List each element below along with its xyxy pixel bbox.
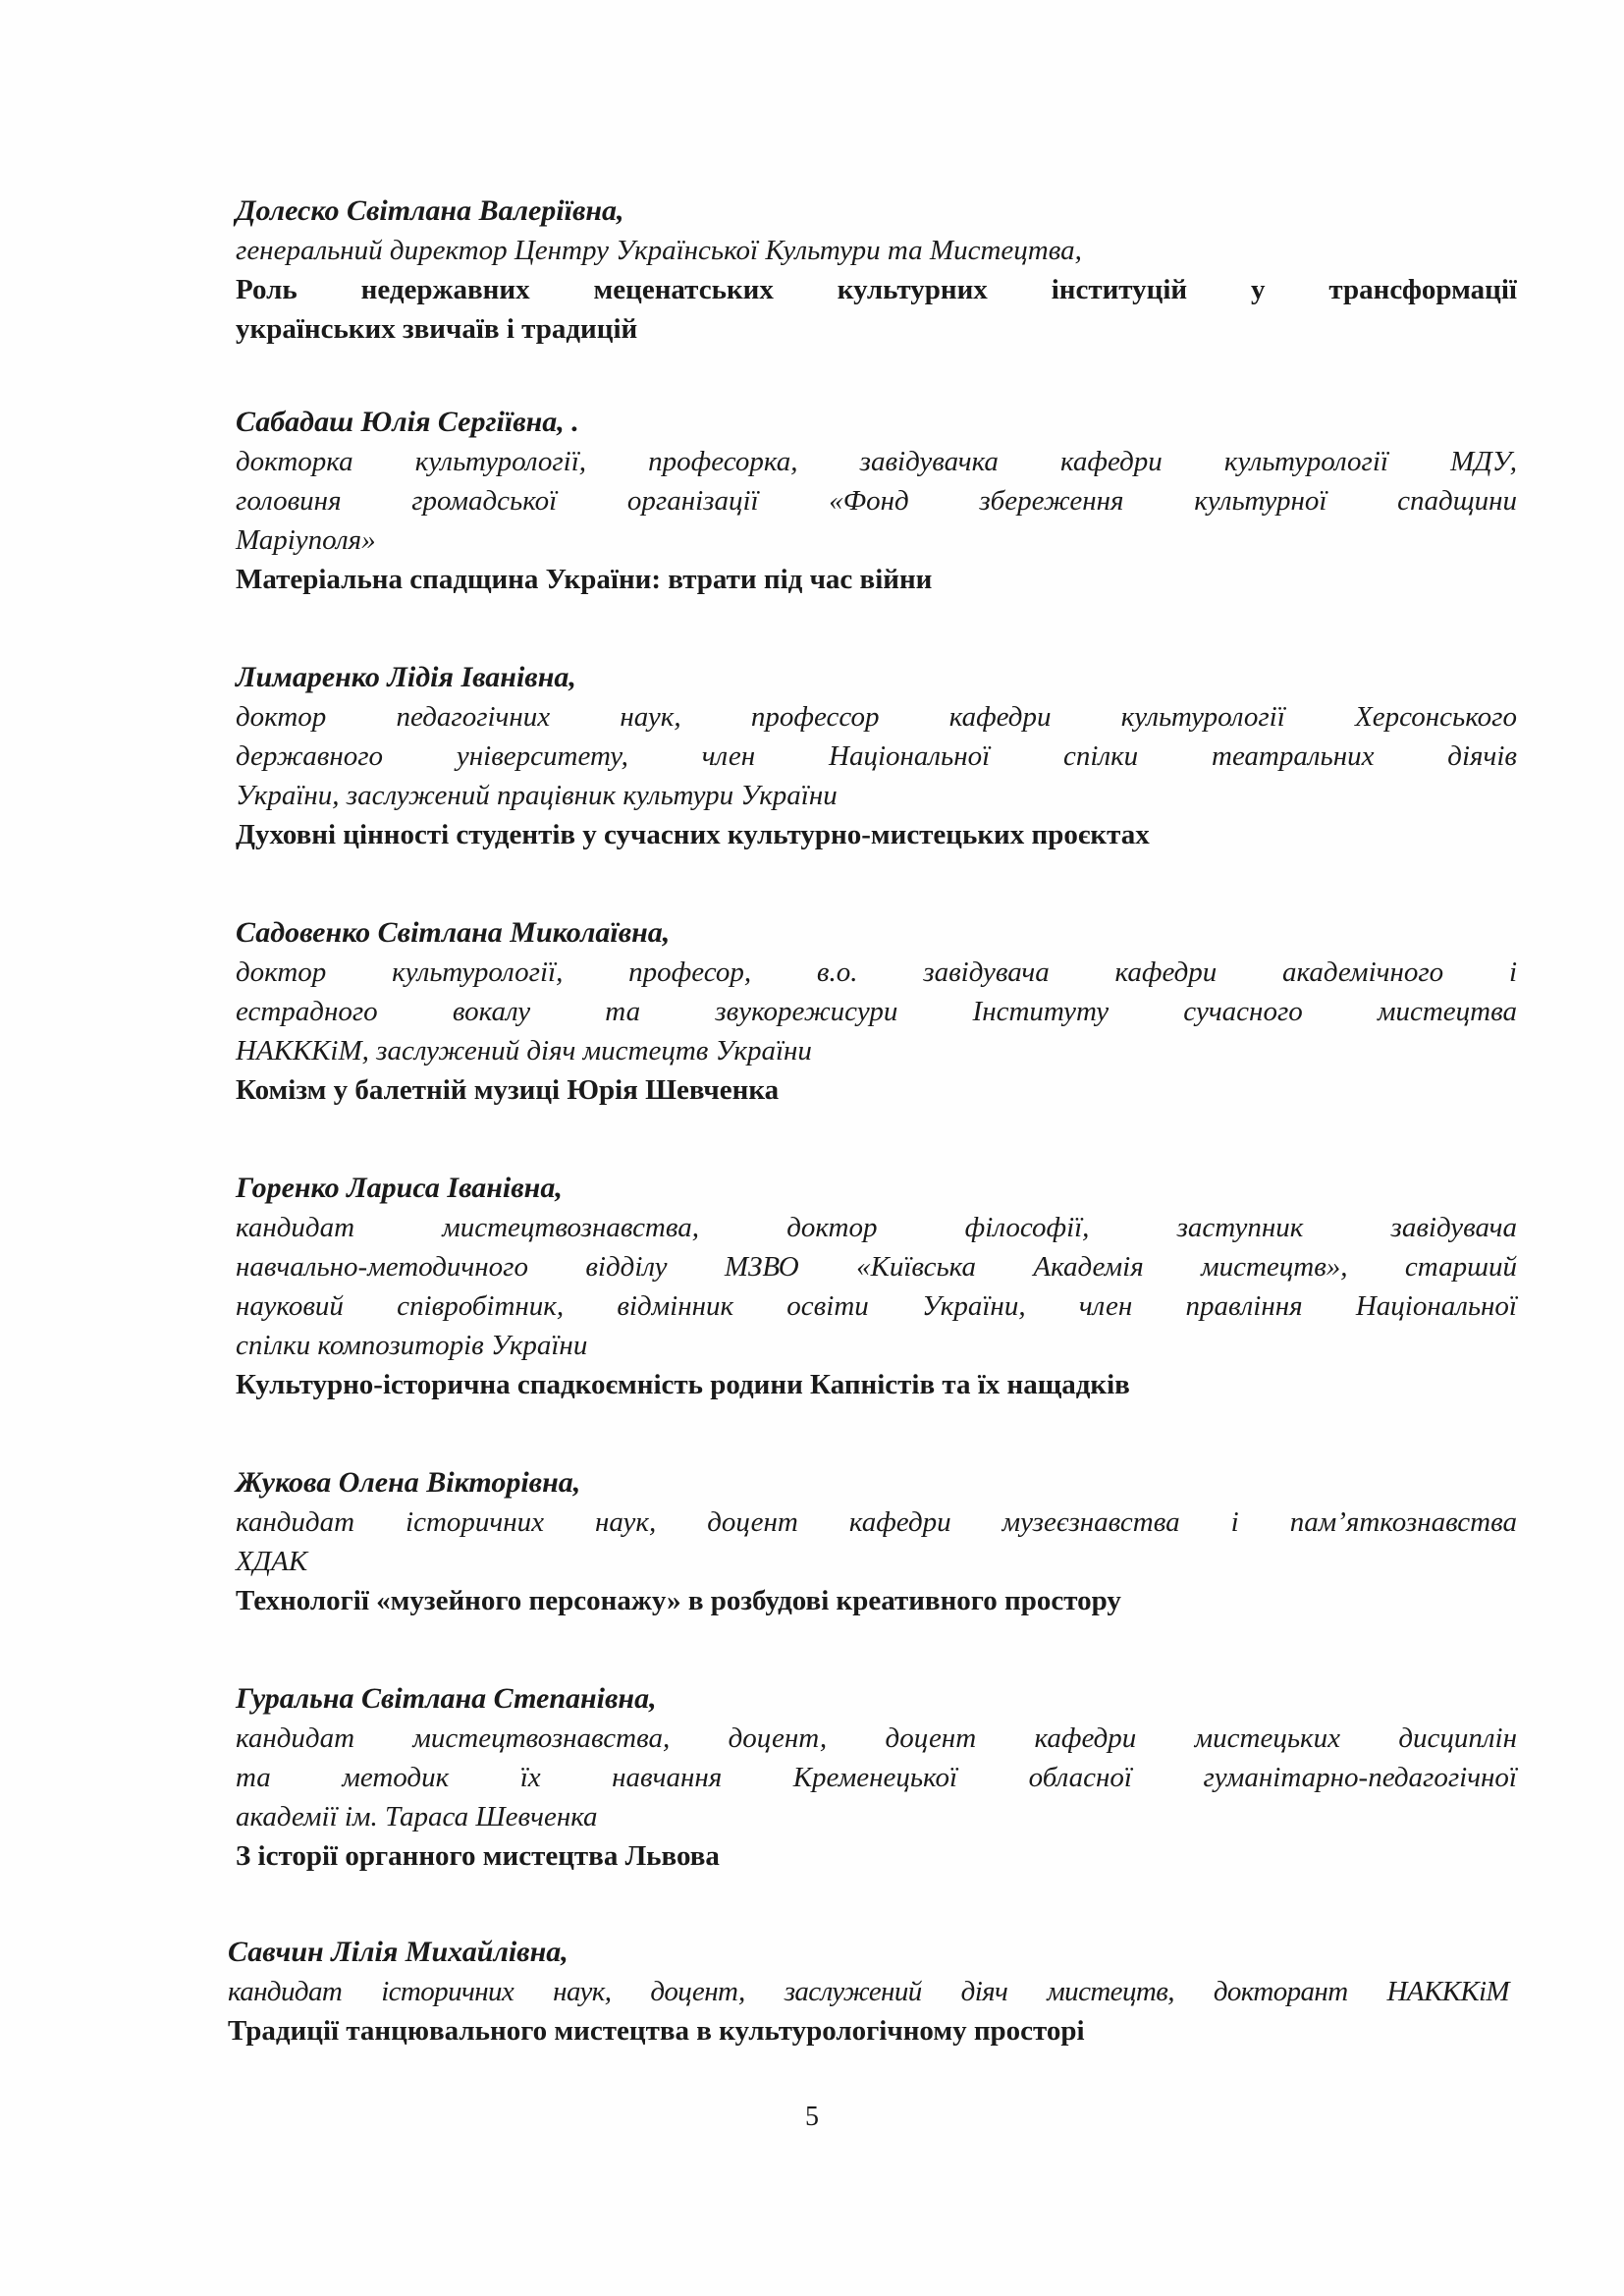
speaker-entry: Савчин Лілія Михайлівна, кандидат істори… (228, 1933, 1509, 2050)
report-title: Духовні цінності студентів у сучасних ку… (236, 815, 1517, 854)
speaker-position: ХДАК (236, 1542, 1517, 1581)
speaker-name: Гуральна Світлана Степанівна, (236, 1679, 1517, 1719)
speaker-position: Маріуполя» (236, 520, 1517, 560)
speaker-name: Жукова Олена Вікторівна, (236, 1463, 1517, 1503)
speaker-position: кандидат історичних наук, доцент кафедри… (236, 1503, 1517, 1542)
speaker-position: кандидат історичних наук, доцент, заслуж… (228, 1972, 1509, 2011)
speaker-entry: Гуральна Світлана Степанівна, кандидат м… (236, 1679, 1517, 1876)
speaker-position: кандидат мистецтвознавства, доцент, доце… (236, 1719, 1517, 1758)
speaker-position: державного університету, член Національн… (236, 737, 1517, 776)
speaker-entry: Долеско Світлана Валеріївна, генеральний… (236, 191, 1517, 349)
speaker-position: генеральний директор Центру Української … (236, 231, 1517, 270)
speaker-name: Сабадаш Юлія Сергіївна, . (236, 403, 1517, 442)
speaker-position: навчально-методичного відділу МЗВО «Київ… (236, 1247, 1517, 1286)
speaker-position: головиня громадської організації «Фонд з… (236, 481, 1517, 520)
speaker-position: України, заслужений працівник культури У… (236, 776, 1517, 815)
speaker-position: спілки композиторів України (236, 1326, 1517, 1365)
speaker-name: Долеско Світлана Валеріївна, (236, 191, 1517, 231)
speaker-name: Савчин Лілія Михайлівна, (228, 1933, 1509, 1972)
report-title: Роль недержавних меценатських культурних… (236, 270, 1517, 309)
speaker-position: та методик їх навчання Кременецької обла… (236, 1758, 1517, 1797)
report-title: Матеріальна спадщина України: втрати під… (236, 560, 1517, 599)
page-number: 5 (0, 2098, 1624, 2137)
speaker-entry: Лимаренко Лідія Іванівна, доктор педагог… (236, 658, 1517, 854)
speaker-position: НАКККіМ, заслужений діяч мистецтв Україн… (236, 1031, 1517, 1070)
report-title: Технології «музейного персонажу» в розбу… (236, 1581, 1517, 1620)
speaker-entry: Садовенко Світлана Миколаївна, доктор ку… (236, 913, 1517, 1110)
speaker-name: Горенко Лариса Іванівна, (236, 1169, 1517, 1208)
speaker-position: доктор педагогічних наук, профессор кафе… (236, 697, 1517, 737)
report-title: Культурно-історична спадкоємність родини… (236, 1365, 1517, 1404)
speaker-name: Садовенко Світлана Миколаївна, (236, 913, 1517, 953)
speaker-entry: Жукова Олена Вікторівна, кандидат істори… (236, 1463, 1517, 1620)
document-page: Долеско Світлана Валеріївна, генеральний… (0, 0, 1624, 2296)
speaker-position: естрадного вокалу та звукорежисури Інсти… (236, 992, 1517, 1031)
report-title: Комізм у балетній музиці Юрія Шевченка (236, 1070, 1517, 1110)
speaker-position: доктор культурології, професор, в.о. зав… (236, 953, 1517, 992)
speaker-position: академії ім. Тараса Шевченка (236, 1797, 1517, 1836)
speaker-position: докторка культурології, професорка, заві… (236, 442, 1517, 481)
report-title: українських звичаїв і традицій (236, 309, 1517, 349)
speaker-name: Лимаренко Лідія Іванівна, (236, 658, 1517, 697)
report-title: З історії органного мистецтва Львова (236, 1836, 1517, 1876)
speaker-position: науковий співробітник, відмінник освіти … (236, 1286, 1517, 1326)
speaker-entry: Сабадаш Юлія Сергіївна, . докторка культ… (236, 403, 1517, 599)
report-title: Традиції танцювального мистецтва в культ… (228, 2011, 1509, 2050)
speaker-position: кандидат мистецтвознавства, доктор філос… (236, 1208, 1517, 1247)
speaker-entry: Горенко Лариса Іванівна, кандидат мистец… (236, 1169, 1517, 1404)
